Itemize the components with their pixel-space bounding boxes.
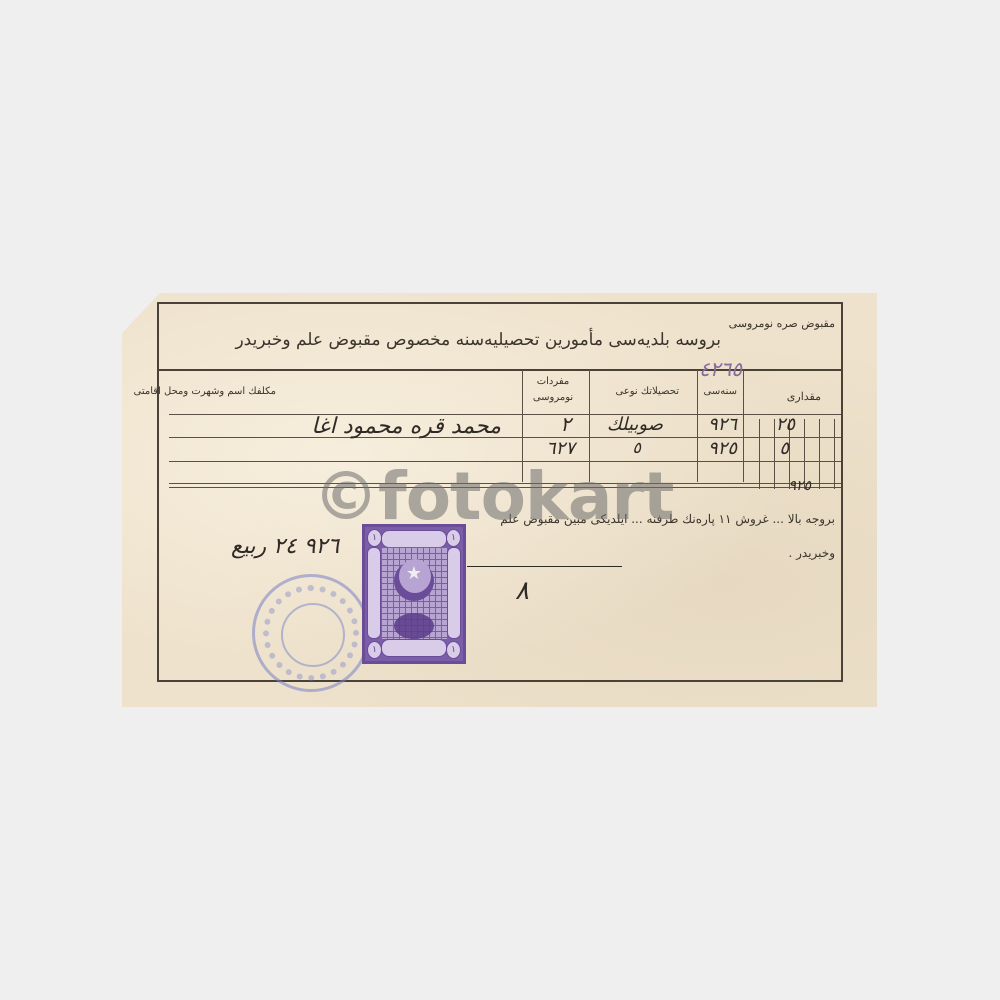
revenue-stamp: ★ ١ ١ ١ ١ bbox=[362, 524, 466, 664]
amount-grid-line bbox=[834, 419, 835, 489]
stamp-bottom-cartouche bbox=[381, 639, 447, 657]
watermark: ©fotokart bbox=[313, 458, 673, 535]
stamp-denomination: ١ bbox=[446, 641, 461, 659]
header-item-number: مفردات نومروسی bbox=[523, 374, 583, 406]
header-payer: مکلفك اسم وشهرت ومحل اقامتی bbox=[134, 386, 276, 397]
stamp-denomination: ١ bbox=[367, 641, 382, 659]
official-seal bbox=[252, 574, 370, 692]
tughra-emblem-icon bbox=[394, 613, 434, 639]
stamp-side-border bbox=[367, 547, 381, 639]
stamp-grid: ★ bbox=[381, 547, 447, 639]
column-divider bbox=[697, 370, 698, 482]
date-handwritten: ٩٢٦ ٢٤ ربیع bbox=[231, 534, 339, 559]
row2-amount: ٥ bbox=[779, 438, 789, 459]
row-line bbox=[169, 437, 841, 438]
column-divider bbox=[743, 370, 744, 482]
row1-item-number: ٢ bbox=[560, 412, 571, 436]
body-text-line2: وخبریدر . bbox=[788, 546, 835, 560]
star-icon: ★ bbox=[405, 565, 423, 583]
amount-grid-line bbox=[759, 419, 760, 489]
stamp-side-border bbox=[447, 547, 461, 639]
document-title: بروسه بلدیه‌سی مأمورین تحصیلیه‌سنه مخصوص… bbox=[235, 330, 721, 350]
row1-payer: محمد قره محمود اغا bbox=[311, 414, 501, 439]
row2-collection-type: ٥ bbox=[632, 438, 641, 457]
receipt-number-label: مقبوض صره نومروسی bbox=[729, 317, 835, 330]
row-line bbox=[169, 414, 841, 415]
receipt-number-handwritten: ٤٢٦٥ bbox=[699, 357, 742, 381]
header-year: سنه‌سی bbox=[704, 386, 737, 397]
torn-corner bbox=[122, 293, 160, 333]
row1-amount: ٢٥ bbox=[776, 414, 795, 435]
row1-collection-type: صوبیلك bbox=[607, 414, 663, 435]
signature-stroke bbox=[467, 566, 622, 567]
signature-mark: ٨ bbox=[515, 576, 529, 606]
total-amount: ٩٢٥ bbox=[788, 478, 811, 494]
header-collection-type: تحصیلاتك نوعی bbox=[615, 386, 679, 397]
amount-grid-line bbox=[819, 419, 820, 489]
header-amount: مقداری bbox=[787, 390, 821, 403]
row1-year: ٩٢٦ bbox=[708, 414, 737, 435]
row2-year: ٩٢٥ bbox=[708, 438, 737, 459]
row2-item-number: ٦٢٧ bbox=[546, 438, 575, 459]
